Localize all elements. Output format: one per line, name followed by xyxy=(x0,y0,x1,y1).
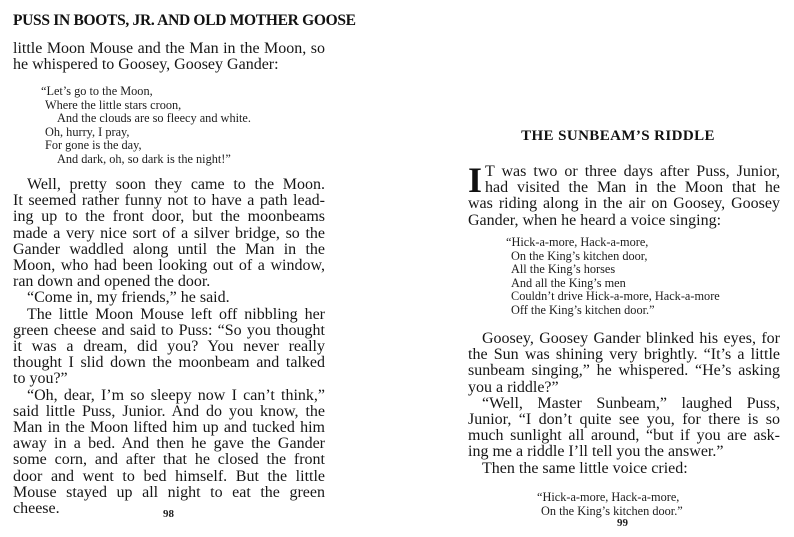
poem-line: All the King’s horses xyxy=(511,263,720,277)
text-line: made a very nice sort of a silver bridge… xyxy=(13,226,325,242)
poem-line: “Let’s go to the Moon, xyxy=(41,85,251,99)
page-number: 99 xyxy=(617,517,628,529)
chapter-title: THE SUNBEAM’S RIDDLE xyxy=(498,128,738,145)
poem-line: And the clouds are so fleecy and white. xyxy=(45,112,251,126)
poem-line: For gone is the day, xyxy=(45,139,251,153)
text-line: “Well, Master Sunbeam,” laughed Puss, xyxy=(468,396,780,412)
text-line: Then the same little voice cried: xyxy=(468,461,780,477)
poem-line: On the King’s kitchen door.” xyxy=(541,505,683,519)
drop-cap: I xyxy=(468,165,482,195)
text-line: It seemed rather funny not to have a pat… xyxy=(13,193,325,209)
running-head: PUSS IN BOOTS, JR. AND OLD MOTHER GOOSE xyxy=(13,12,329,30)
text-line: Goosey, Goosey Gander blinked his eyes, … xyxy=(468,331,780,347)
poem-line: “Hick-a-more, Hack-a-more, xyxy=(537,491,683,505)
text-line: “Oh, dear, I’m so sleepy now I can’t thi… xyxy=(13,388,325,404)
text-line: T was two or three days after Puss, Juni… xyxy=(468,164,780,180)
text-line: green cheese and said to Puss: “So you t… xyxy=(13,323,325,339)
text-line: the Sun was shining very brightly. “It’s… xyxy=(468,347,780,363)
poem-line: “Hick-a-more, Hack-a-more, xyxy=(506,236,720,250)
text-line: Mouse stayed up all night to eat the gre… xyxy=(13,485,325,501)
text-line: little Moon Mouse and the Man in the Moo… xyxy=(13,41,325,57)
opening-lines: little Moon Mouse and the Man in the Moo… xyxy=(13,41,325,73)
text-line: “Come in, my friends,” he said. xyxy=(13,290,325,306)
poem-hickamore-reprise: “Hick-a-more, Hack-a-more, On the King’s… xyxy=(541,491,683,518)
text-line: sunbeam singing,” he whispered. “He’s as… xyxy=(468,363,780,379)
text-line: it was a dream, did you? You never reall… xyxy=(13,339,325,355)
text-line: Gander, when he heard a voice singing: xyxy=(468,213,780,229)
poem-line: Where the little stars croon, xyxy=(45,99,251,113)
poem-line: And dark, oh, so dark is the night!” xyxy=(45,153,251,167)
text-line: Man in the Moon lifted him up and tucked… xyxy=(13,420,325,436)
poem-line: On the King’s kitchen door, xyxy=(511,250,720,264)
text-line: said little Puss, Junior. And do you kno… xyxy=(13,404,325,420)
text-line: away in a bed. And then he gave the Gand… xyxy=(13,436,325,452)
poem-moon: “Let’s go to the Moon, Where the little … xyxy=(45,85,251,166)
poem-line: Oh, hurry, I pray, xyxy=(45,126,251,140)
poem-hickamore: “Hick-a-more, Hack-a-more, On the King’s… xyxy=(511,236,720,317)
text-line: thought I slid down the moonbeam and tal… xyxy=(13,355,325,371)
text-line: Junior, “I don’t quite see you, for ther… xyxy=(468,412,780,428)
text-line: some corn, and after that he closed the … xyxy=(13,452,325,468)
text-line: Gander waddled along until the Man in th… xyxy=(13,242,325,258)
text-line: was riding along in the air on Goosey, G… xyxy=(468,196,780,212)
right-page: THE SUNBEAM’S RIDDLE I T was two or thre… xyxy=(400,0,794,537)
text-line: ing me a riddle I’ll tell you the answer… xyxy=(468,444,780,460)
paragraph-riddle: Goosey, Goosey Gander blinked his eyes, … xyxy=(468,331,780,477)
text-line: Well, pretty soon they came to the Moon. xyxy=(13,177,325,193)
page-number: 98 xyxy=(163,508,174,520)
paragraph-arrival: Well, pretty soon they came to the Moon.… xyxy=(13,177,325,517)
text-line: ing up to the front door, but the moonbe… xyxy=(13,209,325,225)
poem-line: And all the King’s men xyxy=(511,277,720,291)
text-line: you a riddle?” xyxy=(468,380,780,396)
text-line: he whispered to Goosey, Goosey Gander: xyxy=(13,57,325,73)
text-line: had visited the Man in the Moon that he xyxy=(468,180,780,196)
text-line: to you?” xyxy=(13,371,325,387)
text-line: door and went to bed himself. But the li… xyxy=(13,469,325,485)
text-line: Moon, who had been looking out of a wind… xyxy=(13,258,325,274)
text-line: much sunlight all around, “but if you ar… xyxy=(468,428,780,444)
text-line: The little Moon Mouse left off nibbling … xyxy=(13,307,325,323)
poem-line: Off the King’s kitchen door.” xyxy=(511,304,720,318)
poem-line: Couldn’t drive Hick-a-more, Hack-a-more xyxy=(511,290,720,304)
left-page: PUSS IN BOOTS, JR. AND OLD MOTHER GOOSE … xyxy=(0,0,400,537)
text-line: ran down and opened the door. xyxy=(13,274,325,290)
paragraph-opening: I T was two or three days after Puss, Ju… xyxy=(468,164,780,229)
